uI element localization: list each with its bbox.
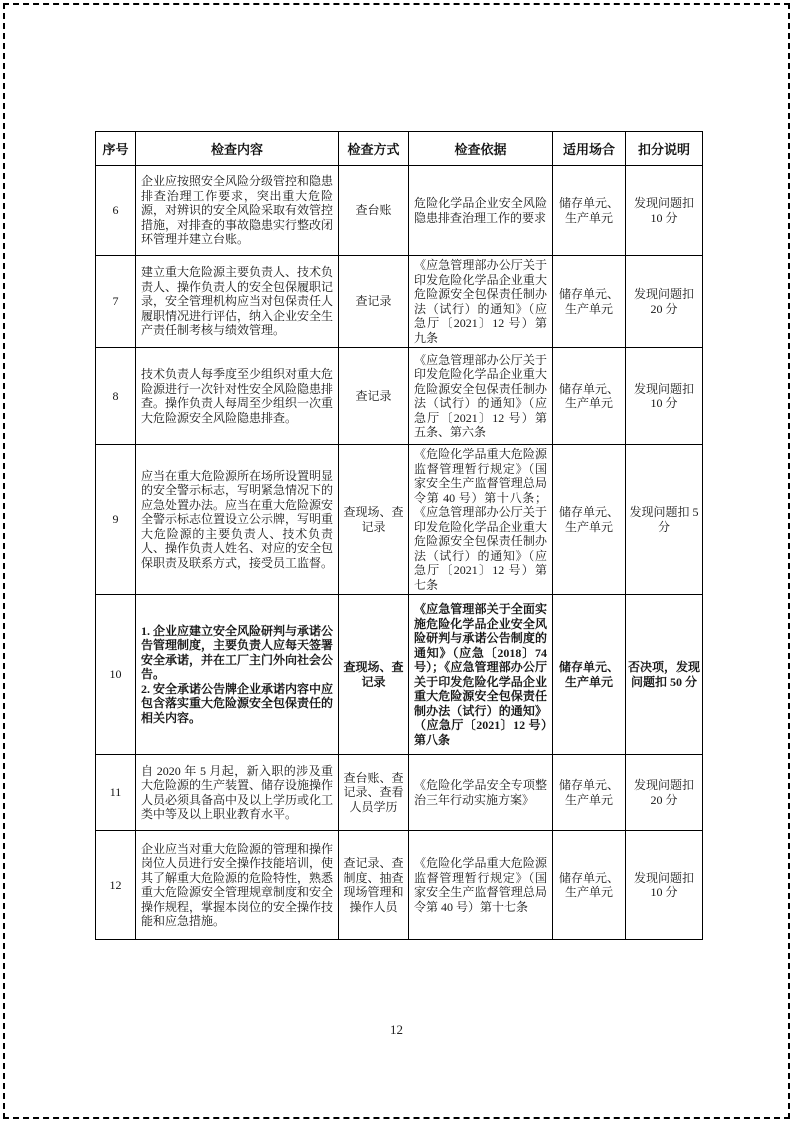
cell-scope: 储存单元、生产单元 bbox=[553, 445, 626, 595]
cell-deduction: 发现问题扣 10 分 bbox=[626, 348, 703, 445]
cell-method: 查台账 bbox=[339, 166, 409, 256]
cell-basis: 《危险化学品安全专项整治三年行动实施方案》 bbox=[409, 755, 553, 831]
content-paragraph-1: 1. 企业应建立安全风险研判与承诺公告管理制度，主要负责人应每天签署安全承诺，并… bbox=[141, 624, 333, 682]
content-paragraph-2: 2. 安全承诺公告牌企业承诺内容中应包含落实重大危险源安全包保责任的相关内容。 bbox=[141, 682, 333, 726]
row-number: 9 bbox=[96, 445, 136, 595]
cell-deduction: 发现问题扣 10 分 bbox=[626, 166, 703, 256]
page-number: 12 bbox=[0, 1022, 793, 1038]
cell-method: 查台账、查记录、查看人员学历 bbox=[339, 755, 409, 831]
table-row: 11 自 2020 年 5 月起，新入职的涉及重大危险源的生产装置、储存设施操作… bbox=[96, 755, 703, 831]
cell-method: 查记录 bbox=[339, 256, 409, 348]
col-header-scope: 适用场合 bbox=[553, 132, 626, 166]
cell-deduction: 发现问题扣 5 分 bbox=[626, 445, 703, 595]
cell-basis: 《应急管理部办公厅关于印发危险化学品企业重大危险源安全包保责任制办法（试行）的通… bbox=[409, 348, 553, 445]
row-number: 6 bbox=[96, 166, 136, 256]
cell-content: 应当在重大危险源所在场所设置明显的安全警示标志，写明紧急情况下的应急处置办法。应… bbox=[136, 445, 339, 595]
cell-basis: 《危险化学品重大危险源监督管理暂行规定》（国家安全生产监督管理总局令第 40 号… bbox=[409, 445, 553, 595]
row-number: 7 bbox=[96, 256, 136, 348]
cell-method: 查现场、查记录 bbox=[339, 445, 409, 595]
cell-scope: 储存单元、生产单元 bbox=[553, 348, 626, 445]
table-row: 6 企业应按照安全风险分级管控和隐患排查治理工作要求，突出重大危险源，对辨识的安… bbox=[96, 166, 703, 256]
cell-basis: 危险化学品企业安全风险隐患排查治理工作的要求 bbox=[409, 166, 553, 256]
table-row: 7 建立重大危险源主要负责人、技术负责人、操作负责人的安全包保履职记录，安全管理… bbox=[96, 256, 703, 348]
cell-method: 查记录 bbox=[339, 348, 409, 445]
cell-content: 企业应当对重大危险源的管理和操作岗位人员进行安全操作技能培训，使其了解重大危险源… bbox=[136, 831, 339, 940]
cell-basis: 《危险化学品重大危险源监督管理暂行规定》（国家安全生产监督管理总局令第 40 号… bbox=[409, 831, 553, 940]
cell-method: 查现场、查记录 bbox=[339, 595, 409, 755]
cell-scope: 储存单元、生产单元 bbox=[553, 595, 626, 755]
cell-scope: 储存单元、生产单元 bbox=[553, 256, 626, 348]
table-row: 12 企业应当对重大危险源的管理和操作岗位人员进行安全操作技能培训，使其了解重大… bbox=[96, 831, 703, 940]
cell-scope: 储存单元、生产单元 bbox=[553, 166, 626, 256]
cell-content: 技术负责人每季度至少组织对重大危险源进行一次针对性安全风险隐患排查。操作负责人每… bbox=[136, 348, 339, 445]
cell-content: 自 2020 年 5 月起，新入职的涉及重大危险源的生产装置、储存设施操作人员必… bbox=[136, 755, 339, 831]
cell-deduction: 否决项，发现问题扣 50 分 bbox=[626, 595, 703, 755]
cell-content: 建立重大危险源主要负责人、技术负责人、操作负责人的安全包保履职记录，安全管理机构… bbox=[136, 256, 339, 348]
col-header-method: 检查方式 bbox=[339, 132, 409, 166]
table-row: 9 应当在重大危险源所在场所设置明显的安全警示标志，写明紧急情况下的应急处置办法… bbox=[96, 445, 703, 595]
cell-method: 查记录、查制度、抽查现场管理和操作人员 bbox=[339, 831, 409, 940]
col-header-content: 检查内容 bbox=[136, 132, 339, 166]
row-number: 8 bbox=[96, 348, 136, 445]
row-number: 10 bbox=[96, 595, 136, 755]
table-row: 8 技术负责人每季度至少组织对重大危险源进行一次针对性安全风险隐患排查。操作负责… bbox=[96, 348, 703, 445]
cell-content: 1. 企业应建立安全风险研判与承诺公告管理制度，主要负责人应每天签署安全承诺，并… bbox=[136, 595, 339, 755]
cell-basis: 《应急管理部关于全面实施危险化学品企业安全风险研判与承诺公告制度的通知》（应急〔… bbox=[409, 595, 553, 755]
inspection-table: 序号 检查内容 检查方式 检查依据 适用场合 扣分说明 6 企业应按照安全风险分… bbox=[95, 131, 703, 940]
col-header-no: 序号 bbox=[96, 132, 136, 166]
col-header-basis: 检查依据 bbox=[409, 132, 553, 166]
cell-scope: 储存单元、生产单元 bbox=[553, 755, 626, 831]
cell-deduction: 发现问题扣 20 分 bbox=[626, 755, 703, 831]
table-header-row: 序号 检查内容 检查方式 检查依据 适用场合 扣分说明 bbox=[96, 132, 703, 166]
cell-deduction: 发现问题扣 20 分 bbox=[626, 256, 703, 348]
cell-basis: 《应急管理部办公厅关于印发危险化学品企业重大危险源安全包保责任制办法（试行）的通… bbox=[409, 256, 553, 348]
cell-scope: 储存单元、生产单元 bbox=[553, 831, 626, 940]
col-header-deduction: 扣分说明 bbox=[626, 132, 703, 166]
table-row: 10 1. 企业应建立安全风险研判与承诺公告管理制度，主要负责人应每天签署安全承… bbox=[96, 595, 703, 755]
cell-content: 企业应按照安全风险分级管控和隐患排查治理工作要求，突出重大危险源，对辨识的安全风… bbox=[136, 166, 339, 256]
row-number: 12 bbox=[96, 831, 136, 940]
cell-deduction: 发现问题扣 10 分 bbox=[626, 831, 703, 940]
row-number: 11 bbox=[96, 755, 136, 831]
